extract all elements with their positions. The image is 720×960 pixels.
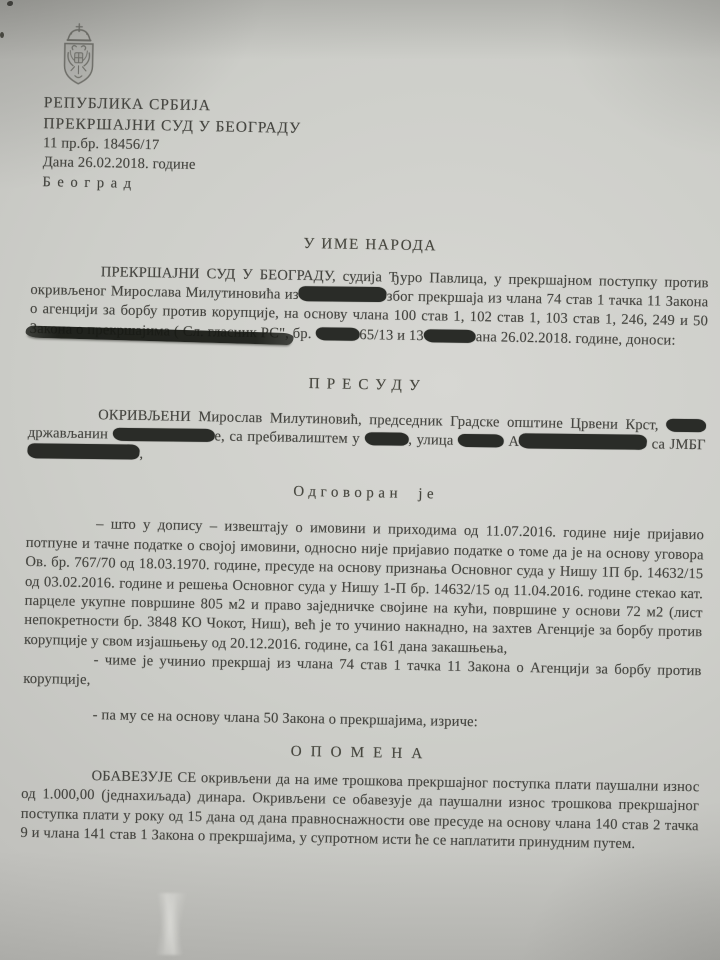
heading-responsible: Одговоран је (27, 478, 705, 510)
heading-in-the-name-of-the-people: У ИМЕ НАРОДА (31, 229, 709, 261)
redaction-mark (665, 418, 707, 431)
redaction-mark (298, 286, 388, 302)
redaction-mark (423, 329, 477, 343)
intro-paragraph: ПРЕКРШАЈНИ СУД У БЕОГРАДУ, судија Ђуро П… (30, 262, 709, 352)
redaction-mark (315, 327, 361, 340)
redaction-mark (457, 434, 505, 447)
heading-warning: ОПОМЕНА (22, 737, 700, 769)
redaction-mark (27, 444, 141, 460)
redaction-mark (518, 433, 648, 449)
findings-paragraph: – што у допису – извештају о имовини и п… (24, 514, 704, 662)
serbia-coat-of-arms-icon (58, 22, 99, 89)
costs-paragraph: ОБАВЕЗУЈЕ СЕ окривљени да на име трошков… (20, 766, 699, 856)
redaction-scribble: Закона о прекршајима ( Сл. гласник РС", (30, 321, 290, 342)
document-photo: РЕПУБЛИКА СРБИЈА ПРЕКРШАЈНИ СУД У БЕОГРА… (0, 0, 720, 960)
paper-speck (0, 32, 4, 38)
heading-judgment: ПРЕСУДУ (29, 369, 707, 401)
sanction-basis-paragraph: - па му се на основу члана 50 Закона о п… (22, 705, 700, 737)
letterhead: РЕПУБЛИКА СРБИЈА ПРЕКРШАЈНИ СУД У БЕОГРА… (32, 22, 713, 205)
redaction-mark (364, 432, 410, 445)
redaction-mark (112, 428, 216, 442)
defendant-paragraph: ОКРИВЉЕНИ Мирослав Милутиновић, председн… (27, 405, 706, 476)
court-judgment-page: РЕПУБЛИКА СРБИЈА ПРЕКРШАЈНИ СУД У БЕОГРА… (0, 0, 720, 856)
paper-crease (55, 893, 285, 955)
